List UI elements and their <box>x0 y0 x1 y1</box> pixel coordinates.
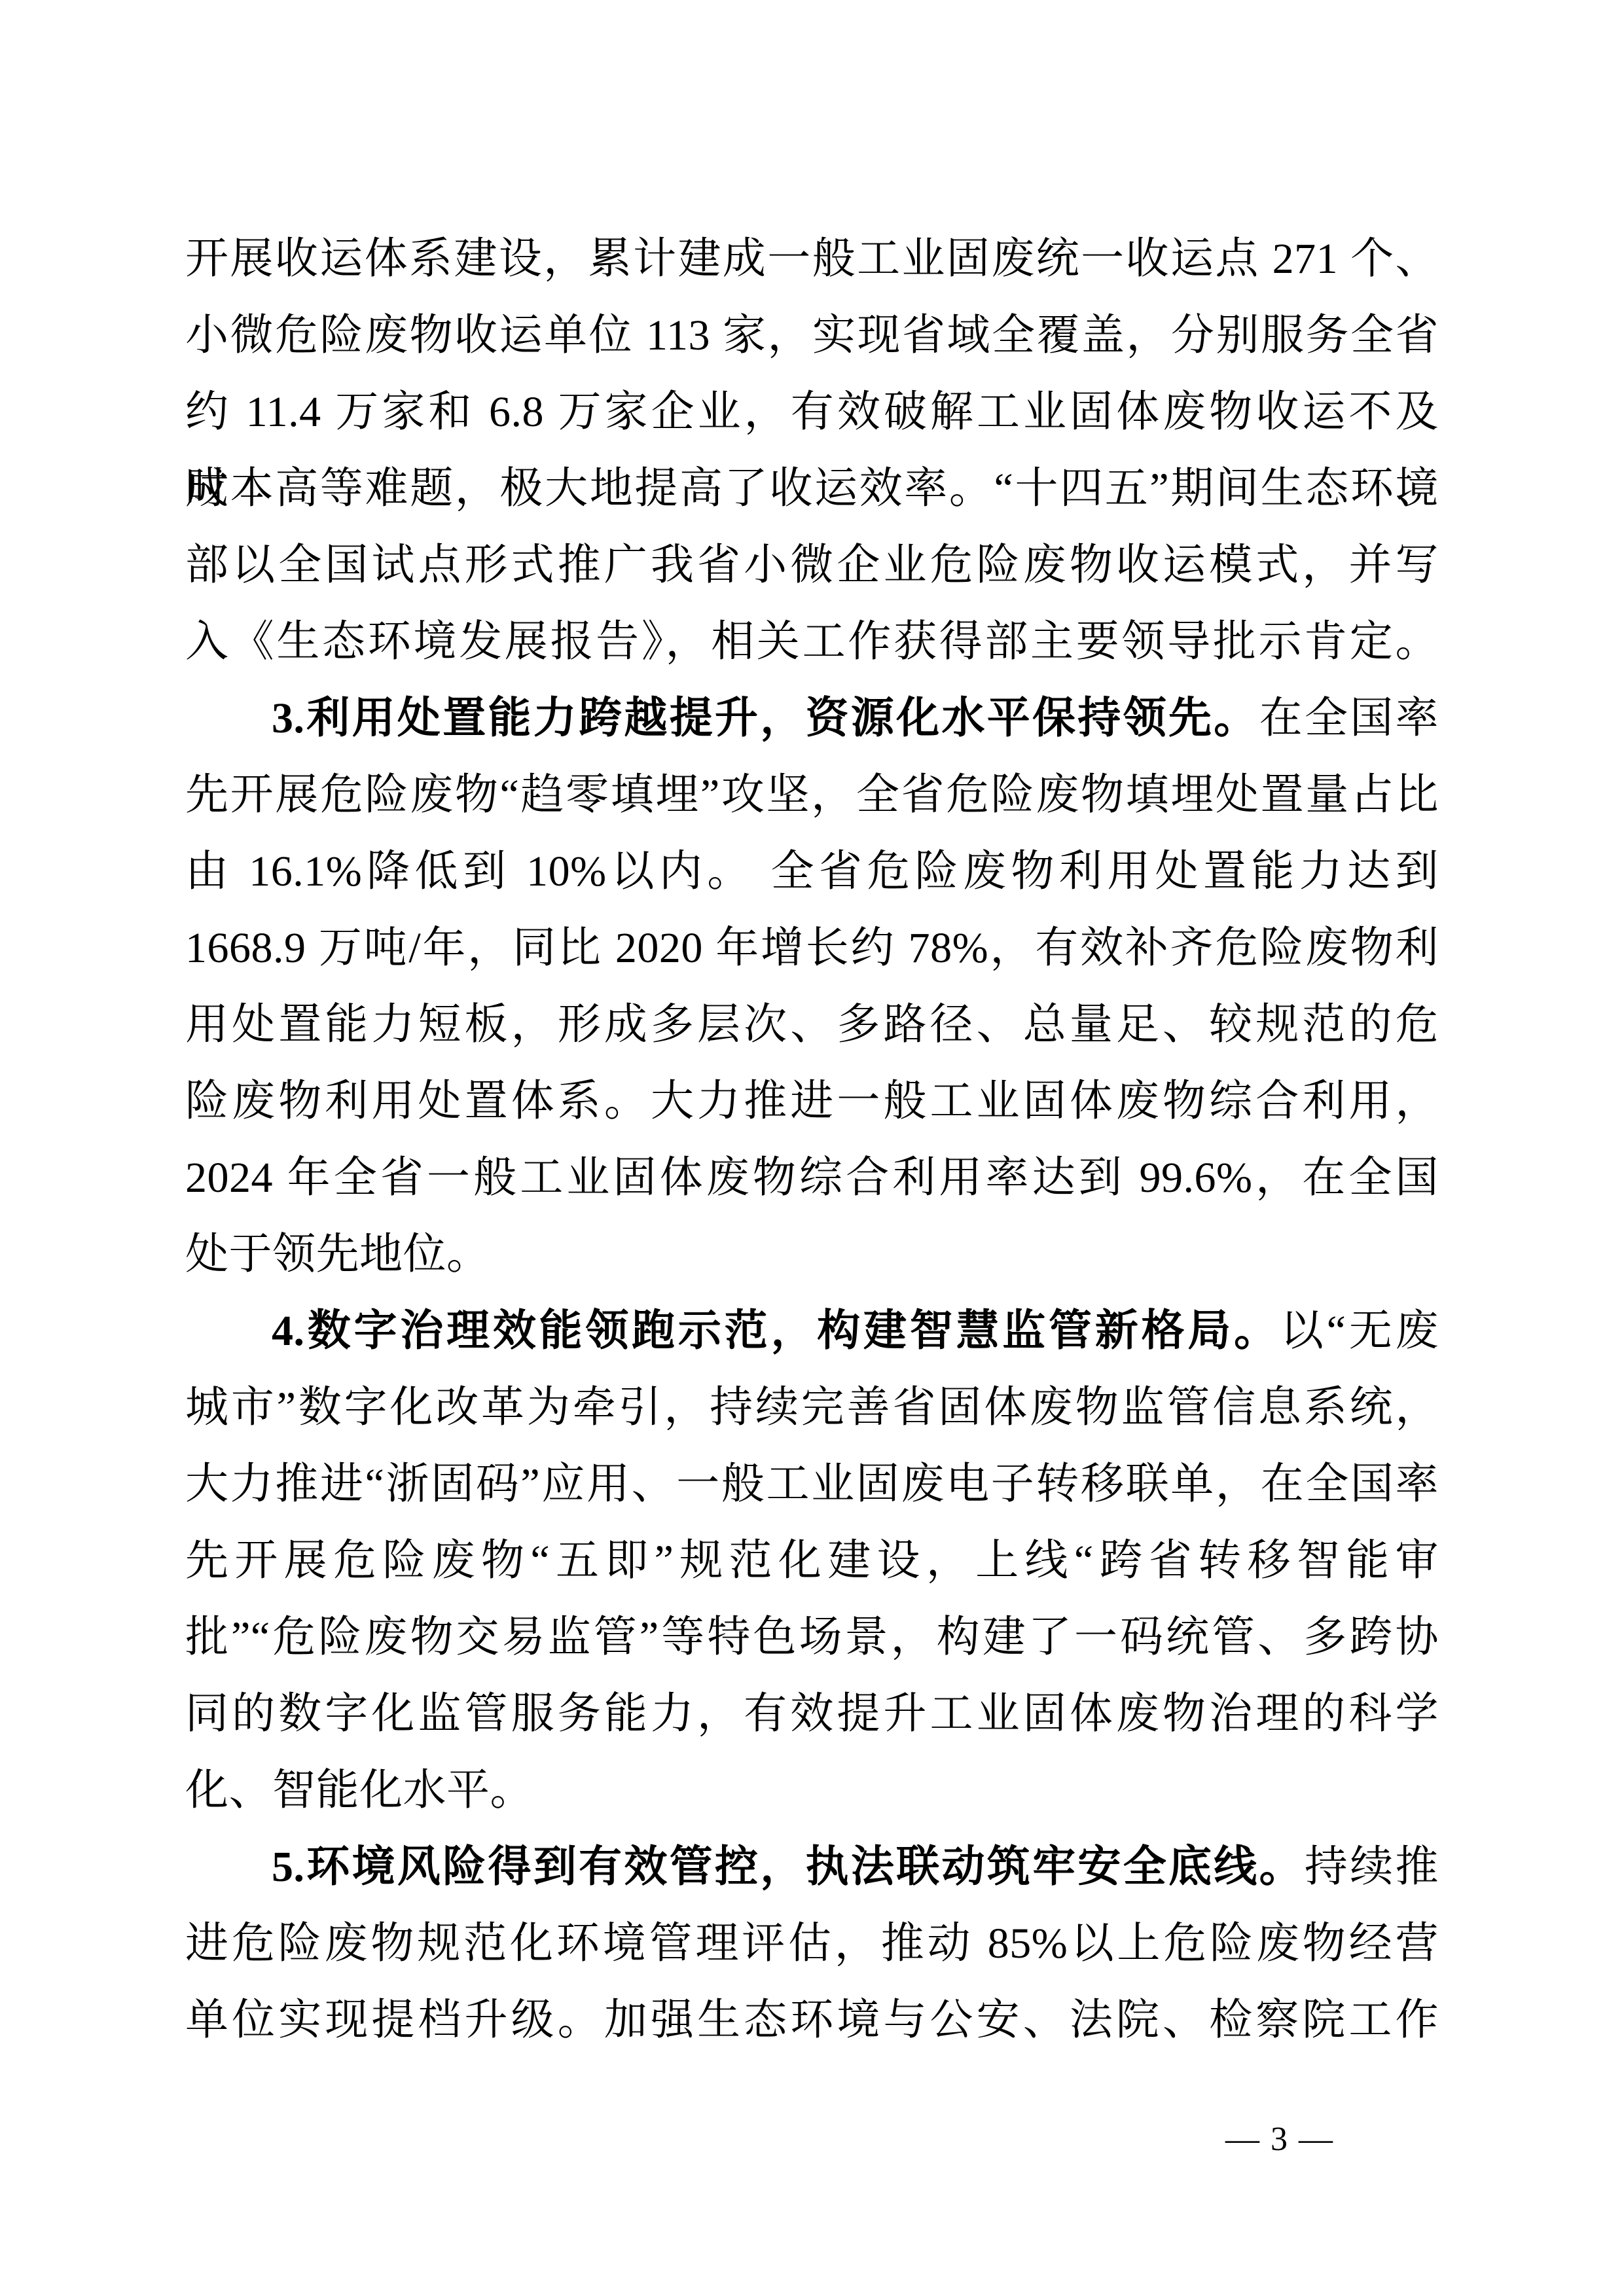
text-line: 部以全国试点形式推广我省小微企业危险废物收运模式，并写 <box>185 527 1439 603</box>
page-number: — 3 — <box>1225 2117 1382 2162</box>
line-text: 由 16.1%降低到 10%以内。 全省危险废物利用处置能力达到 <box>185 848 1439 895</box>
document-page: 开展收运体系建设，累计建成一般工业固废统一收运点 271 个、 小微危险废物收运… <box>0 0 1624 2296</box>
text-line: 化、智能化水平。 <box>185 1752 1439 1829</box>
text-line: 由 16.1%降低到 10%以内。 全省危险废物利用处置能力达到 <box>185 833 1439 910</box>
line-text: 以“无废 <box>1280 1307 1439 1355</box>
text-line: 先开展危险废物“五即”规范化建设，上线“跨省转移智能审 <box>185 1522 1439 1599</box>
line-text: 险废物利用处置体系。大力推进一般工业固体废物综合利用， <box>185 1077 1439 1125</box>
line-text: 化、智能化水平。 <box>185 1767 533 1814</box>
line-text: 单位实现提档升级。加强生态环境与公安、法院、检察院工作 <box>185 1996 1439 2044</box>
line-text: 1668.9 万吨/年，同比 2020 年增长约 78%，有效补齐危险废物利 <box>185 924 1439 972</box>
text-line: 约 11.4 万家和 6.8 万家企业，有效破解工业固体废物收运不及时、 <box>185 374 1439 450</box>
text-line: 1668.9 万吨/年，同比 2020 年增长约 78%，有效补齐危险废物利 <box>185 910 1439 986</box>
text-line: 入《生态环境发展报告》，相关工作获得部主要领导批示肯定。 <box>185 603 1439 680</box>
text-line: 大力推进“浙固码”应用、一般工业固废电子转移联单，在全国率 <box>185 1446 1439 1522</box>
text-line: 批”“危险废物交易监管”等特色场景，构建了一码统管、多跨协 <box>185 1599 1439 1676</box>
text-line: 2024 年全省一般工业固体废物综合利用率达到 99.6%，在全国 <box>185 1139 1439 1216</box>
text-line: 进危险废物规范化环境管理评估，推动 85%以上危险废物经营 <box>185 1905 1439 1982</box>
text-line: 同的数字化监管服务能力，有效提升工业固体废物治理的科学 <box>185 1676 1439 1752</box>
section-5-heading-line: 5.环境风险得到有效管控，执法联动筑牢安全底线。持续推 <box>185 1829 1439 1905</box>
line-text: 先开展危险废物“趋零填埋”攻坚，全省危险废物填埋处置量占比 <box>185 771 1439 819</box>
section-heading: 3.利用处置能力跨越提升，资源化水平保持领先。 <box>272 694 1259 742</box>
text-line: 处于领先地位。 <box>185 1216 1439 1293</box>
text-line: 成本高等难题，极大地提高了收运效率。“十四五”期间生态环境 <box>185 450 1439 527</box>
line-text: 入《生态环境发展报告》，相关工作获得部主要领导批示肯定。 <box>185 618 1439 666</box>
line-text: 成本高等难题，极大地提高了收运效率。“十四五”期间生态环境 <box>185 465 1439 512</box>
text-line: 险废物利用处置体系。大力推进一般工业固体废物综合利用， <box>185 1063 1439 1139</box>
text-line: 城市”数字化改革为牵引，持续完善省固体废物监管信息系统， <box>185 1369 1439 1446</box>
line-text: 处于领先地位。 <box>185 1230 490 1278</box>
section-3-heading-line: 3.利用处置能力跨越提升，资源化水平保持领先。在全国率 <box>185 680 1439 757</box>
text-line: 先开展危险废物“趋零填埋”攻坚，全省危险废物填埋处置量占比 <box>185 757 1439 833</box>
section-heading: 5.环境风险得到有效管控，执法联动筑牢安全底线。 <box>272 1843 1305 1891</box>
line-text: 部以全国试点形式推广我省小微企业危险废物收运模式，并写 <box>185 541 1439 589</box>
line-text: 大力推进“浙固码”应用、一般工业固废电子转移联单，在全国率 <box>185 1460 1439 1508</box>
line-text: 在全国率 <box>1259 694 1439 742</box>
text-line: 单位实现提档升级。加强生态环境与公安、法院、检察院工作 <box>185 1982 1439 2058</box>
line-text: 先开展危险废物“五即”规范化建设，上线“跨省转移智能审 <box>185 1537 1439 1585</box>
section-heading: 4.数字治理效能领跑示范，构建智慧监管新格局。 <box>272 1307 1280 1355</box>
line-text: 开展收运体系建设，累计建成一般工业固废统一收运点 271 个、 <box>185 235 1439 283</box>
section-4-heading-line: 4.数字治理效能领跑示范，构建智慧监管新格局。以“无废 <box>185 1293 1439 1369</box>
text-line: 用处置能力短板，形成多层次、多路径、总量足、较规范的危 <box>185 986 1439 1063</box>
line-text: 持续推 <box>1305 1843 1439 1891</box>
line-text: 2024 年全省一般工业固体废物综合利用率达到 99.6%，在全国 <box>185 1154 1439 1202</box>
body-text: 开展收运体系建设，累计建成一般工业固废统一收运点 271 个、 小微危险废物收运… <box>185 221 1439 2058</box>
line-text: 进危险废物规范化环境管理评估，推动 85%以上危险废物经营 <box>185 1920 1439 1967</box>
line-text: 用处置能力短板，形成多层次、多路径、总量足、较规范的危 <box>185 1001 1439 1049</box>
line-text: 同的数字化监管服务能力，有效提升工业固体废物治理的科学 <box>185 1690 1439 1738</box>
text-line: 小微危险废物收运单位 113 家，实现省域全覆盖，分别服务全省 <box>185 297 1439 374</box>
line-text: 城市”数字化改革为牵引，持续完善省固体废物监管信息系统， <box>185 1384 1439 1431</box>
line-text: 批”“危险废物交易监管”等特色场景，构建了一码统管、多跨协 <box>185 1613 1439 1661</box>
line-text: 小微危险废物收运单位 113 家，实现省域全覆盖，分别服务全省 <box>185 312 1439 359</box>
text-line: 开展收运体系建设，累计建成一般工业固废统一收运点 271 个、 <box>185 221 1439 297</box>
